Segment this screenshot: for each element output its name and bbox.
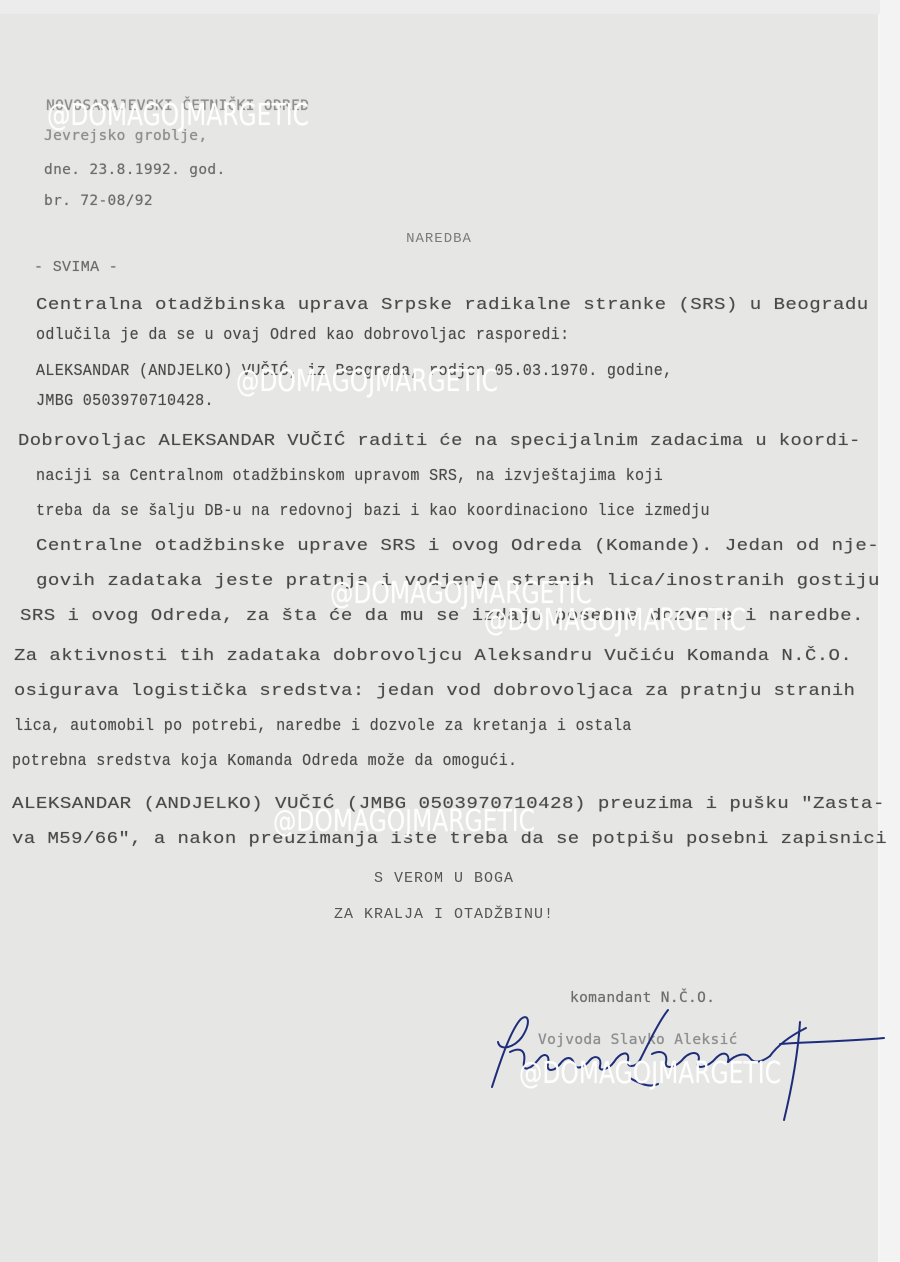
body-line: va M59/66", a nakon preuzimanja iste tre… [12, 829, 887, 849]
handwritten-signature [480, 992, 890, 1132]
motto-line-1: S VEROM U BOGA [5, 870, 883, 887]
body-line: SRS i ovog Odreda, za šta će da mu se iz… [20, 606, 864, 626]
addressee: - SVIMA - [34, 258, 118, 278]
body-line: ALEKSANDAR (ANDJELKO) VUČIĆ (JMBG 050397… [12, 794, 885, 814]
body-line: Za aktivnosti tih zadataka dobrovoljcu A… [14, 646, 852, 666]
body-line: govih zadataka jeste pratnja i vodjenje … [36, 571, 880, 591]
motto-line-2: ZA KRALJA I OTADŽBINU! [5, 906, 883, 923]
header-location: Jevrejsko groblje, [44, 126, 207, 146]
header-number: br. 72-08/92 [44, 191, 153, 211]
header-date: dne. 23.8.1992. god. [44, 160, 226, 180]
body-line: treba da se šalju DB-u na redovnoj bazi … [36, 501, 710, 521]
body-line: lica, automobil po potrebi, naredbe i do… [14, 716, 632, 736]
body-line: Centralna otadžbinska uprava Srpske radi… [36, 295, 869, 315]
body-line: Dobrovoljac ALEKSANDAR VUČIĆ raditi će n… [18, 431, 861, 451]
body-line: osigurava logistička sredstva: jedan vod… [14, 681, 855, 701]
body-line: JMBG 0503970710428. [36, 391, 214, 411]
document-title: NAREDBA [0, 231, 878, 247]
body-line: odlučila je da se u ovaj Odred kao dobro… [36, 325, 570, 345]
header-unit: NOVOSARAJEVSKI ČETNIČKI ODRED [46, 96, 309, 116]
body-line: Centralne otadžbinske uprave SRS i ovog … [36, 536, 879, 556]
body-line: naciji sa Centralnom otadžbinskom upravo… [36, 466, 663, 486]
body-line: ALEKSANDAR (ANDJELKO) VUČIĆ, iz Beograda… [36, 361, 672, 381]
body-line: potrebna sredstva koja Komanda Odreda mo… [12, 751, 517, 771]
